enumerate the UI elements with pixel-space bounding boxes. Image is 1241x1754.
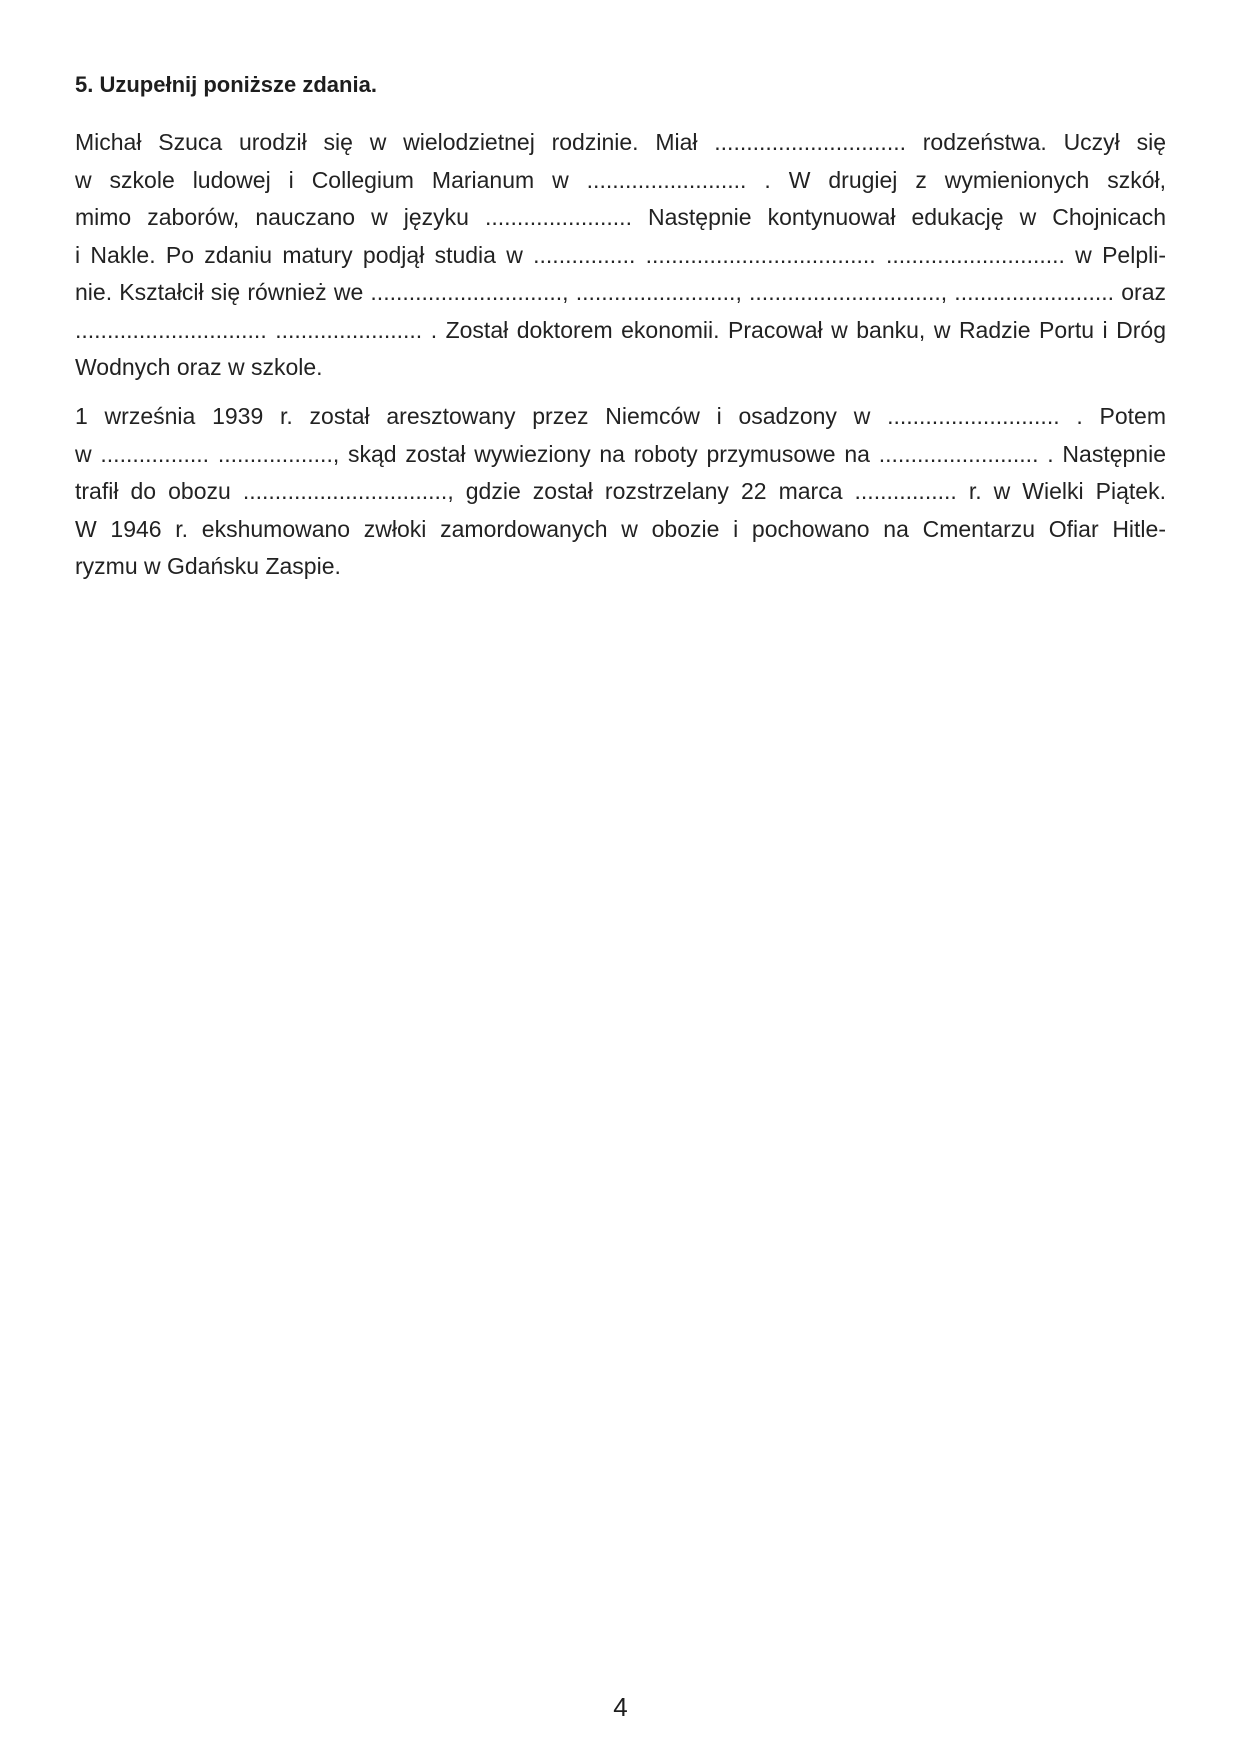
paragraph-biography-early-life: Michał Szuca urodził się w wielodzietnej… bbox=[75, 124, 1166, 387]
paragraph-line: trafił do obozu ........................… bbox=[75, 473, 1166, 511]
paragraph-line: Wodnych oraz w szkole. bbox=[75, 349, 1166, 387]
paragraph-line: w ................. .................., … bbox=[75, 436, 1166, 474]
paragraph-line: i Nakle. Po zdaniu matury podjął studia … bbox=[75, 237, 1166, 275]
paragraph-line: 1 września 1939 r. został aresztowany pr… bbox=[75, 398, 1166, 436]
paragraph-line: w szkole ludowej i Collegium Marianum w … bbox=[75, 162, 1166, 200]
paragraph-line: mimo zaborów, nauczano w języku ........… bbox=[75, 199, 1166, 237]
paragraph-line: W 1946 r. ekshumowano zwłoki zamordowany… bbox=[75, 511, 1166, 549]
page-number: 4 bbox=[0, 1690, 1241, 1724]
exercise-heading: 5. Uzupełnij poniższe zdania. bbox=[75, 70, 377, 100]
paragraph-line: .............................. .........… bbox=[75, 312, 1166, 350]
paragraph-biography-war: 1 września 1939 r. został aresztowany pr… bbox=[75, 398, 1166, 586]
paragraph-line: ryzmu w Gdańsku Zaspie. bbox=[75, 548, 1166, 586]
paragraph-line: nie. Kształcił się również we ..........… bbox=[75, 274, 1166, 312]
paragraph-line: Michał Szuca urodził się w wielodzietnej… bbox=[75, 124, 1166, 162]
